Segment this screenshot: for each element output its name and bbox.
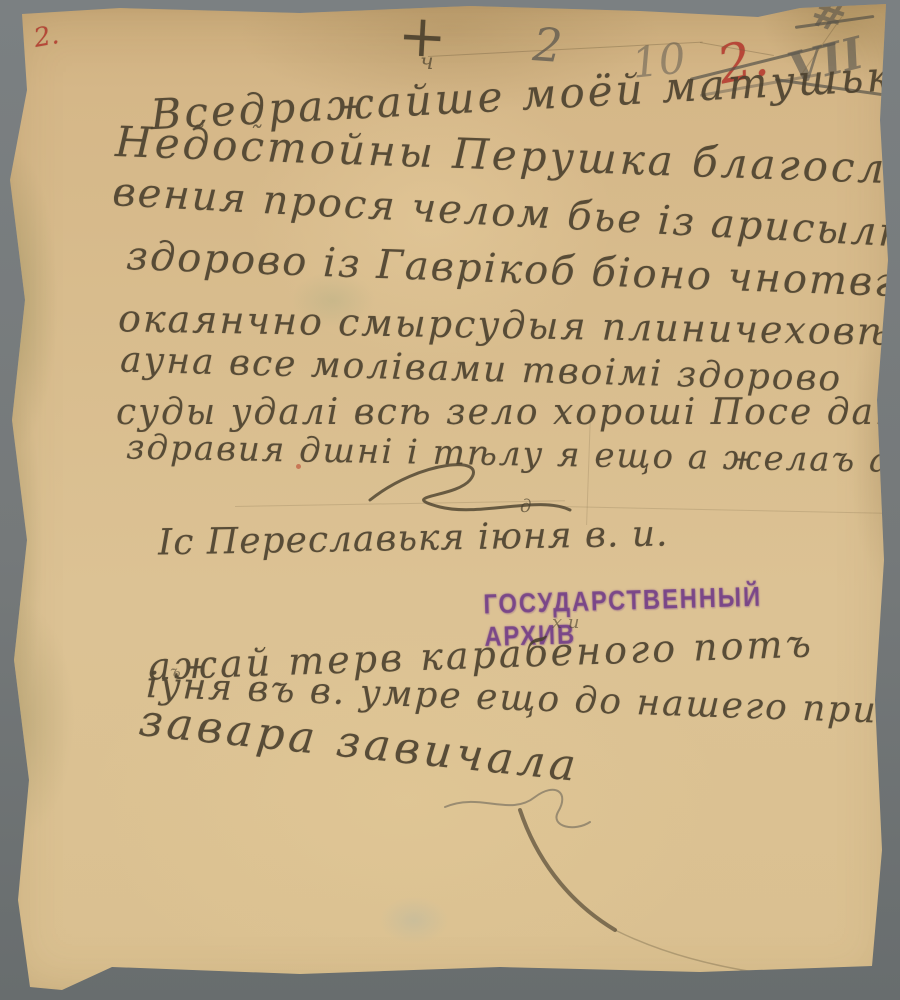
manuscript-paper: 2. я + ч 2 10 2. VII # Вседражайше моёй … [0, 0, 900, 1000]
superscript-mark: ˜ [190, 122, 203, 152]
letter-line: суды удалі всѣ зело хороші Посе дато [116, 392, 900, 433]
date-line: Іс Переславькя іюня в. и. [158, 514, 669, 564]
pencil-number-2: 2 [531, 17, 564, 73]
cross-subscript-mark: ч [420, 50, 434, 75]
superscript-mark: ˜ [248, 122, 261, 152]
ink-flourish [360, 455, 580, 525]
red-ink-fleck [296, 464, 301, 469]
fold-crease [560, 506, 890, 514]
left-edge-mark: я [0, 89, 20, 106]
ink-crease-stroke [505, 805, 785, 985]
superscript-day-letter: д [520, 496, 531, 517]
red-folio-number: 2. [32, 20, 62, 54]
